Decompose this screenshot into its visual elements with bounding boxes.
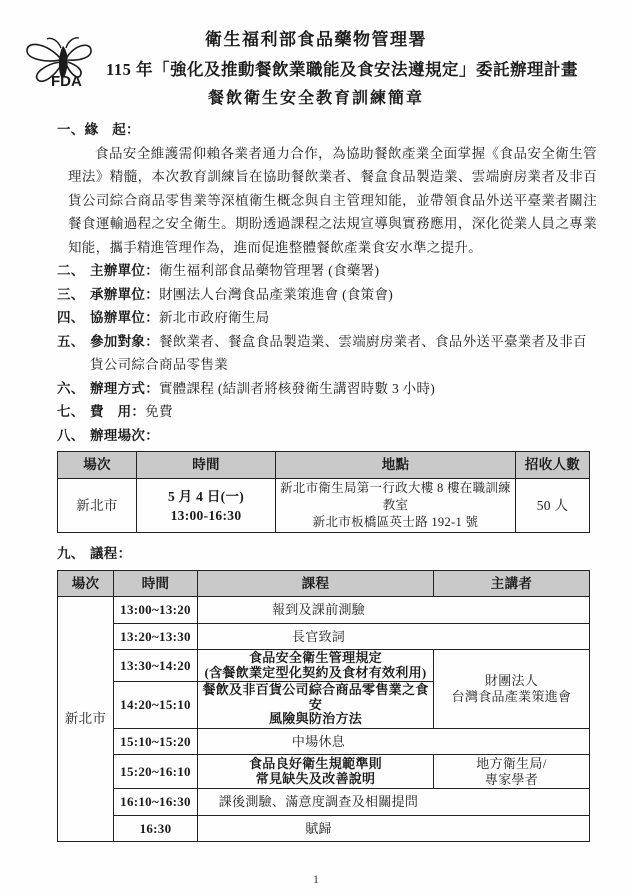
agenda-speaker: 財團法人 台灣食品產業策進會 (434, 650, 590, 729)
list-item-coorganizer: 四、 協辦單位：新北市政府衛生局 (57, 306, 597, 330)
column-header-time: 時間 (114, 570, 198, 597)
item-value: 衛生福利部食品藥物管理署 (食藥署) (159, 263, 379, 278)
item-value: 實體課程 (結訓者將核發衛生講習時數 3 小時) (159, 381, 435, 396)
session-hours: 13:00-16:30 (139, 506, 273, 525)
section-label: 辦理場次： (90, 428, 159, 443)
section-number: 一、 (57, 122, 85, 137)
agenda-venue: 新北市 (58, 597, 114, 842)
item-value: 財團法人台灣食品產業策進會 (食策會) (159, 287, 393, 302)
item-number: 二、 (57, 259, 90, 283)
document-page: FDA 衛生福利部食品藥物管理署 115 年「強化及推動餐飲業職能及食安法遵規定… (0, 0, 632, 896)
document-body: 一、緣 起： 食品安全維護需仰賴各業者通力合作，為協助餐飲產業全面掌握《食品安全… (57, 118, 597, 842)
list-item-format: 六、 辦理方式：實體課程 (結訓者將核發衛生講習時數 3 小時) (57, 377, 597, 401)
item-value: 免費 (145, 404, 173, 419)
column-header-venue: 場次 (58, 452, 137, 479)
agenda-course-line1: 食品安全衛生管理規定 (200, 651, 431, 666)
agenda-speaker-line2: 專家學者 (436, 772, 587, 788)
item-label: 承辦單位： (90, 287, 159, 302)
session-location: 新北市衛生局第一行政大樓 8 樓在職訓練教室 新北市板橋區英士路 192-1 號 (276, 479, 516, 533)
agenda-course: 賦歸 (198, 815, 590, 842)
agenda-time: 16:10~16:30 (114, 789, 198, 816)
item-number: 七、 (57, 400, 90, 424)
agenda-time: 13:20~13:30 (114, 623, 198, 650)
section-sessions-heading: 八、 辦理場次： (57, 424, 597, 448)
item-number: 四、 (57, 306, 90, 330)
agenda-time: 16:30 (114, 815, 198, 842)
agenda-course: 中場休息 (198, 728, 590, 755)
fda-logo-text: FDA (51, 73, 82, 90)
origin-paragraph: 食品安全維護需仰賴各業者通力合作，為協助餐飲產業全面掌握《食品安全衛生管理法》精… (68, 142, 597, 260)
section-label: 議程： (90, 546, 131, 561)
section-agenda-heading: 九、 議程： (57, 542, 597, 566)
session-time: 5 月 4 日(一) 13:00-16:30 (137, 479, 276, 533)
agenda-row: 15:10~15:20 中場休息 (58, 728, 590, 755)
item-label: 辦理方式： (90, 381, 159, 396)
item-label: 參加對象： (90, 334, 159, 349)
item-number: 五、 (57, 330, 90, 377)
item-value: 新北市政府衛生局 (159, 310, 269, 325)
item-label: 協辦單位： (90, 310, 159, 325)
agenda-row: 16:30 賦歸 (58, 815, 590, 842)
agenda-time: 13:30~14:20 (114, 650, 198, 682)
agenda-course-line1: 餐飲及非百貨公司綜合商品零售業之食安 (200, 683, 431, 712)
agenda-row: 新北市 13:00~13:20 報到及課前測驗 (58, 597, 590, 624)
session-location-line1: 新北市衛生局第一行政大樓 8 樓在職訓練教室 (278, 480, 513, 514)
agenda-row: 13:20~13:30 長官致詞 (58, 623, 590, 650)
agenda-row: 15:20~16:10 食品良好衛生規範準則 常見缺失及改善說明 地方衛生局/ … (58, 755, 590, 789)
agenda-table-header-row: 場次 時間 課程 主講者 (58, 570, 590, 597)
agenda-course: 長官致詞 (198, 623, 590, 650)
agenda-course: 食品安全衛生管理規定 (含餐飲業定型化契約及食材有效利用) (198, 650, 434, 682)
sessions-table-row: 新北市 5 月 4 日(一) 13:00-16:30 新北市衛生局第一行政大樓 … (58, 479, 590, 533)
section-origin-heading: 一、緣 起： (57, 118, 597, 142)
column-header-speaker: 主講者 (434, 570, 590, 597)
agenda-course-line2: 常見缺失及改善說明 (200, 772, 431, 787)
sessions-table-header-row: 場次 時間 地點 招收人數 (58, 452, 590, 479)
item-number: 六、 (57, 377, 90, 401)
agenda-speaker-line1: 地方衛生局/ (436, 756, 587, 772)
item-number: 三、 (57, 283, 90, 307)
section-label: 緣 起： (85, 122, 140, 137)
page-number: 1 (0, 872, 632, 887)
agenda-course-line1: 食品良好衛生規範準則 (200, 757, 431, 772)
session-date: 5 月 4 日(一) (139, 487, 273, 506)
column-header-course: 課程 (198, 570, 434, 597)
agenda-course: 食品良好衛生規範準則 常見缺失及改善說明 (198, 755, 434, 789)
agenda-course-line2: 風險與防治方法 (200, 712, 431, 727)
agenda-row: 16:10~16:30 課後測驗、滿意度調查及相關提問 (58, 789, 590, 816)
item-value: 餐飲業者、餐盒食品製造業、雲端廚房業者、食品外送平臺業者及非百貨公司綜合商品零售… (90, 334, 587, 373)
agenda-row: 13:30~14:20 食品安全衛生管理規定 (含餐飲業定型化契約及食材有效利用… (58, 650, 590, 682)
section-number: 八、 (57, 424, 90, 448)
agenda-time: 13:00~13:20 (114, 597, 198, 624)
list-item-organizer: 二、 主辦單位：衛生福利部食品藥物管理署 (食藥署) (57, 259, 597, 283)
column-header-location: 地點 (276, 452, 516, 479)
agenda-speaker-line1: 財團法人 (436, 673, 587, 689)
item-label: 費 用： (90, 404, 145, 419)
agenda-time: 15:20~16:10 (114, 755, 198, 789)
agenda-course: 餐飲及非百貨公司綜合商品零售業之食安 風險與防治方法 (198, 682, 434, 729)
agenda-time: 14:20~15:10 (114, 682, 198, 729)
agenda-course: 報到及課前測驗 (198, 597, 590, 624)
section-number: 九、 (57, 542, 90, 566)
list-item-participants: 五、 參加對象：餐飲業者、餐盒食品製造業、雲端廚房業者、食品外送平臺業者及非百貨… (57, 330, 597, 377)
item-label: 主辦單位： (90, 263, 159, 278)
column-header-time: 時間 (137, 452, 276, 479)
session-location-line2: 新北市板橋區英士路 192-1 號 (278, 514, 513, 531)
agenda-table: 場次 時間 課程 主講者 新北市 13:00~13:20 報到及課前測驗 13:… (57, 570, 590, 843)
list-item-fee: 七、 費 用：免費 (57, 400, 597, 424)
agenda-speaker: 地方衛生局/ 專家學者 (434, 755, 590, 789)
agenda-speaker-line2: 台灣食品產業策進會 (436, 689, 587, 705)
agenda-course-line2: (含餐飲業定型化契約及食材有效利用) (200, 666, 431, 681)
agenda-time: 15:10~15:20 (114, 728, 198, 755)
column-header-capacity: 招收人數 (516, 452, 590, 479)
fda-butterfly-logo: FDA (20, 34, 108, 90)
column-header-venue: 場次 (58, 570, 114, 597)
sessions-table: 場次 時間 地點 招收人數 新北市 5 月 4 日(一) 13:00-16:30… (57, 451, 590, 533)
list-item-executor: 三、 承辦單位：財團法人台灣食品產業策進會 (食策會) (57, 283, 597, 307)
session-capacity: 50 人 (516, 479, 590, 533)
session-venue: 新北市 (58, 479, 137, 533)
agenda-course: 課後測驗、滿意度調查及相關提問 (198, 789, 590, 816)
